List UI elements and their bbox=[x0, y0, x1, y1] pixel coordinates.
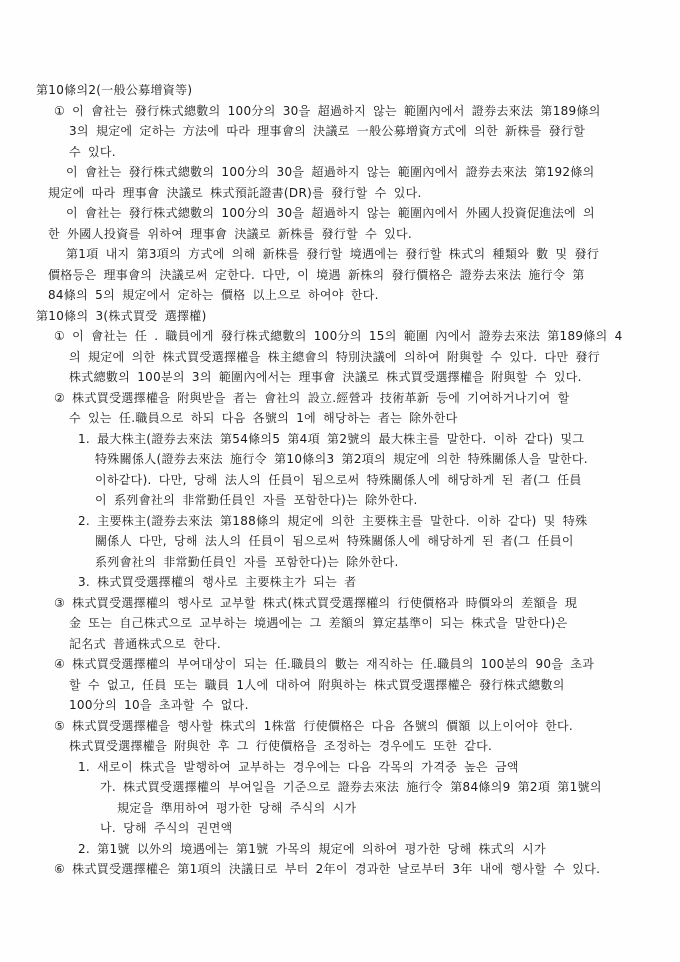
text-line: 이 會社는 發行株式總數의 100分의 30을 超過하지 않는 範圍內에서 證券… bbox=[66, 162, 656, 183]
text-line: 100分의 10을 초과할 수 없다. bbox=[69, 695, 656, 716]
text-line: 1. 最大株主(證券去來法 第54條의5 第4項 第2號의 最大株主를 말한다.… bbox=[78, 429, 656, 450]
text-line: ② 株式買受選擇權을 附與받을 者는 會社의 設立.經營과 技術革新 등에 기여… bbox=[54, 388, 656, 409]
article-heading: 第10條의 3(株式買受 選擇權) bbox=[36, 306, 656, 327]
text-line: 1. 새로이 株式을 발행하여 교부하는 경우에는 다음 각목의 가격중 높은 … bbox=[78, 757, 656, 778]
text-line: 株式總數의 100분의 3의 範圍內에서는 理事會 決議로 株式買受選擇權을 附… bbox=[69, 367, 656, 388]
text-line: 이 會社는 發行株式總數의 100分의 30을 超過하지 않는 範圍內에서 外國… bbox=[66, 203, 656, 224]
article-heading: 第10條의2(一般公募增資等) bbox=[36, 80, 656, 101]
text-line: ④ 株式買受選擇權의 부여대상이 되는 任.職員의 數는 재직하는 任.職員의 … bbox=[54, 654, 656, 675]
text-line: 第1項 내지 第3項의 方式에 의해 新株를 發行할 境遇에는 發行할 株式의 … bbox=[66, 244, 656, 265]
text-line: 規定에 따라 理事會 決議로 株式預託證書(DR)를 發行할 수 있다. bbox=[48, 183, 656, 204]
text-line: 系列會社의 非常勤任員인 자를 포함한다)는 除外한다. bbox=[95, 552, 656, 573]
text-line: 가. 株式買受選擇權의 부여일을 기준으로 證券去來法 施行令 第84條의9 第… bbox=[100, 777, 656, 798]
text-line: 수 있는 任.職員으로 하되 다음 各號의 1에 해당하는 者는 除外한다 bbox=[69, 408, 656, 429]
text-line: 의 規定에 의한 株式買受選擇權을 株主總會의 特別決議에 의하여 附與할 수 … bbox=[69, 347, 656, 368]
text-line: 3. 株式買受選擇權의 행사로 主要株主가 되는 者 bbox=[78, 572, 656, 593]
text-line: 한 外國人投資를 위하여 理事會 決議로 新株를 發行할 수 있다. bbox=[48, 224, 656, 245]
text-line: 2. 主要株主(證券去來法 第188條의 規定에 의한 主要株主를 말한다. 이… bbox=[78, 511, 656, 532]
text-line: 수 있다. bbox=[69, 142, 656, 163]
text-line: 規定을 準用하여 평가한 당해 주식의 시가 bbox=[117, 798, 656, 819]
text-line: 3의 規定에 定하는 方法에 따라 理事會의 決議로 一般公募增資方式에 의한 … bbox=[69, 121, 656, 142]
text-line: ① 이 會社는 發行株式總數의 100分의 30을 超過하지 않는 範圍內에서 … bbox=[54, 101, 656, 122]
text-line: 이 系列會社의 非常勤任員인 자를 포함한다)는 除外한다. bbox=[95, 490, 656, 511]
text-line: 이하같다). 다만, 당해 法人의 任員이 됨으로써 特殊關係人에 해당하게 된… bbox=[95, 470, 656, 491]
text-line: 2. 第1號 以外의 境遇에는 第1號 가목의 規定에 의하여 평가한 당해 株… bbox=[78, 839, 656, 860]
text-line: ⑤ 株式買受選擇權을 행사할 株式의 1株當 行使價格은 다음 各號의 價額 以… bbox=[54, 716, 656, 737]
text-line: 特殊關係人(證券去來法 施行令 第10條의3 第2項의 規定에 의한 特殊關係人… bbox=[95, 449, 656, 470]
text-line: 株式買受選擇權을 附與한 후 그 行使價格을 조정하는 경우에도 또한 같다. bbox=[69, 736, 656, 757]
text-line: 關係人 다만, 당해 法人의 任員이 됨으로써 特殊關係人에 해당하게 된 者(… bbox=[95, 531, 656, 552]
text-line: 나. 당해 주식의 권면액 bbox=[100, 818, 656, 839]
text-line: 價格등은 理事會의 決議로써 定한다. 다만, 이 境遇 新株의 發行價格은 證… bbox=[48, 265, 656, 286]
text-line: 金 또는 自己株式으로 교부하는 境遇에는 그 差額의 算定基準이 되는 株式을… bbox=[69, 613, 656, 634]
text-line: ① 이 會社는 任 . 職員에게 發行株式總數의 100分의 15의 範圍 內에… bbox=[54, 326, 656, 347]
text-line: ⑥ 株式買受選擇權은 第1項의 決議日로 부터 2年이 경과한 날로부터 3年 … bbox=[54, 859, 656, 880]
text-line: 記名式 普通株式으로 한다. bbox=[69, 634, 656, 655]
text-line: ③ 株式買受選擇權의 행사로 교부할 株式(株式買受選擇權의 行使價格과 時價와… bbox=[54, 593, 656, 614]
document-page: 第10條의2(一般公募增資等)① 이 會社는 發行株式總數의 100分의 30을… bbox=[0, 0, 680, 962]
text-line: 84條의 5의 規定에서 定하는 價格 以上으로 하여야 한다. bbox=[48, 285, 656, 306]
text-line: 할 수 없고, 任員 또는 職員 1人에 대하여 附與하는 株式買受選擇權은 發… bbox=[69, 675, 656, 696]
document-body: 第10條의2(一般公募增資等)① 이 會社는 發行株式總數의 100分의 30을… bbox=[36, 80, 656, 880]
